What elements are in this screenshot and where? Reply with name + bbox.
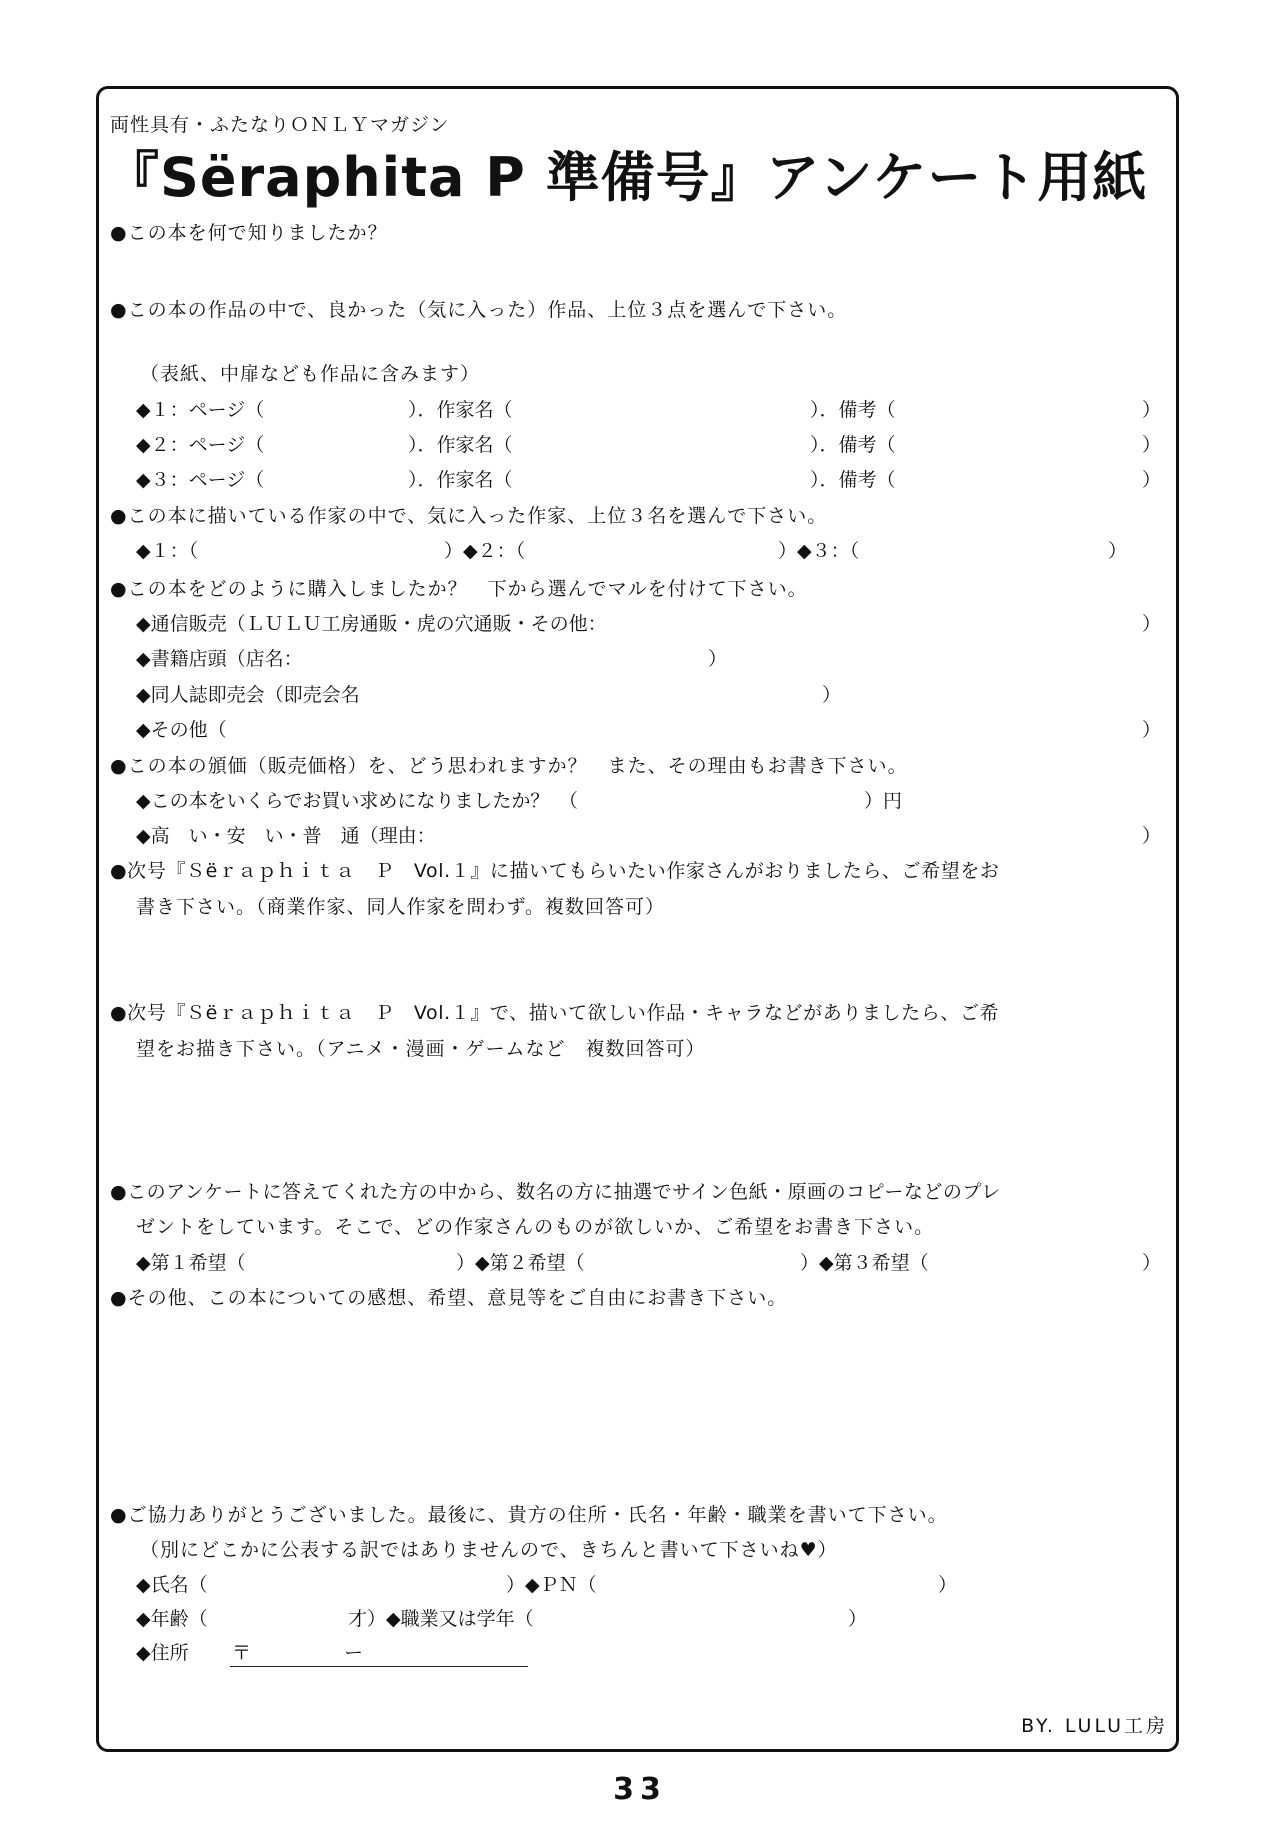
note-label: ）．備考（ [810, 433, 896, 457]
postal-mark: 〒 [232, 1641, 251, 1665]
postal-dash: ー [344, 1641, 363, 1665]
row-end: ） [1142, 433, 1161, 457]
favorite-works-note: （表紙、中扉なども作品に含みます） [140, 362, 480, 386]
row-end: ） [1108, 539, 1127, 563]
price-paid-label: ◆この本をいくらでお買い求めになりましたか？ （ [136, 789, 578, 813]
author-label: ）．作家名（ [408, 433, 513, 457]
name-label: ◆氏名（ [136, 1573, 208, 1597]
option-end: ） [1142, 612, 1161, 636]
note-label: ）．備考（ [810, 398, 896, 422]
occupation-label: 才）◆職業又は学年（ [348, 1607, 534, 1631]
page-title: 『Sëraphita P 準備号』アンケート用紙 [105, 148, 1147, 208]
page-label: ◆２：ページ（ [136, 433, 264, 457]
option-mail-order[interactable]: ◆通信販売（ＬＵＬＵ工房通販・虎の穴通販・その他： [136, 612, 607, 636]
page-number: 33 [0, 1772, 1280, 1807]
personal-info-note: （別にどこかに公表する訳ではありませんので、きちんと書いて下さいね♥） [140, 1538, 838, 1562]
present-choice-3-label: ）◆第３希望（ [800, 1251, 929, 1275]
address-underline[interactable] [230, 1666, 528, 1667]
option-end: ） [708, 647, 727, 671]
row-end: ） [1142, 468, 1161, 492]
author-rank-2-label: ）◆２：（ [444, 539, 525, 563]
question-present: ●このアンケートに答えてくれた方の中から、数名の方に抽選でサイン色紙・原画のコピ… [110, 1180, 1001, 1204]
author-rank-3-label: ）◆３：（ [778, 539, 859, 563]
option-other[interactable]: ◆その他（ [136, 718, 227, 742]
answer-area-desired-works[interactable] [140, 1068, 1160, 1178]
address-label: ◆住所 [136, 1641, 189, 1665]
page-label: ◆１：ページ（ [136, 398, 264, 422]
row-end: ） [1142, 1251, 1161, 1275]
question-desired-authors-cont: 書き下さい。（商業作家、同人作家を問わず。複数回答可） [136, 895, 665, 919]
present-choice-2-label: ）◆第２希望（ [456, 1251, 585, 1275]
author-label: ）．作家名（ [408, 468, 513, 492]
answer-area-how-found[interactable] [140, 250, 1160, 300]
magazine-subtitle: 両性具有・ふたなりＯＮＬＹマガジン [110, 113, 450, 137]
option-end: ） [822, 683, 841, 707]
note-label: ）．備考（ [810, 468, 896, 492]
author-rank-1-label: ◆１：（ [136, 539, 198, 563]
question-favorite-authors: ●この本に描いている作家の中で、気に入った作家、上位３名を選んで下さい。 [110, 504, 827, 528]
question-personal-info: ●ご協力ありがとうございました。最後に、貴方の住所・氏名・年齢・職業を書いて下さ… [110, 1503, 948, 1527]
question-present-cont: ゼントをしています。そこで、どの作家さんのものが欲しいか、ご希望をお書き下さい。 [136, 1215, 934, 1239]
pen-name-label: ）◆ＰＮ（ [506, 1573, 597, 1597]
present-choice-1-label: ◆第１希望（ [136, 1251, 246, 1275]
author-label: ）．作家名（ [408, 398, 513, 422]
price-unit: ）円 [864, 789, 902, 813]
answer-area-comments[interactable] [140, 1318, 1160, 1498]
option-doujin-event[interactable]: ◆同人誌即売会（即売会名 [136, 683, 360, 707]
question-comments: ●その他、この本についての感想、希望、意見等をご自由にお書き下さい。 [110, 1286, 787, 1310]
question-how-found: ●この本を何で知りましたか？ [110, 221, 388, 245]
question-desired-works-cont: 望をお描き下さい。（アニメ・漫画・ゲームなど 複数回答可） [136, 1037, 706, 1061]
age-label: ◆年齢（ [136, 1607, 208, 1631]
opinion-end: ） [1142, 824, 1161, 848]
question-desired-works: ●次号『Ｓëｒａｐｈｉｔａ Ｐ Vol.１』で、描いて欲しい作品・キャラなどがあ… [110, 1001, 999, 1025]
pen-name-end: ） [938, 1573, 957, 1597]
question-purchase-method: ●この本をどのように購入しましたか？ 下から選んでマルを付けて下さい。 [110, 577, 808, 601]
price-opinion-options[interactable]: ◆高 い・安 い・普 通（理由： [136, 824, 436, 848]
occupation-end: ） [848, 1607, 867, 1631]
credit-by-lulu-koubou: BY. LULU工房 [1021, 1711, 1168, 1738]
question-favorite-works: ●この本の作品の中で、良かった（気に入った）作品、上位３点を選んで下さい。 [110, 298, 847, 322]
row-end: ） [1142, 398, 1161, 422]
page-label: ◆３：ページ（ [136, 468, 264, 492]
option-bookstore[interactable]: ◆書籍店頭（店名： [136, 647, 303, 671]
question-desired-authors: ●次号『Ｓëｒａｐｈｉｔａ Ｐ Vol.１』に描いてもらいたい作家さんがおりまし… [110, 859, 1000, 883]
question-price: ●この本の頒価（販売価格）を、どう思われますか？ また、その理由もお書き下さい。 [110, 754, 908, 778]
answer-area-desired-authors[interactable] [140, 925, 1160, 995]
option-end: ） [1142, 718, 1161, 742]
